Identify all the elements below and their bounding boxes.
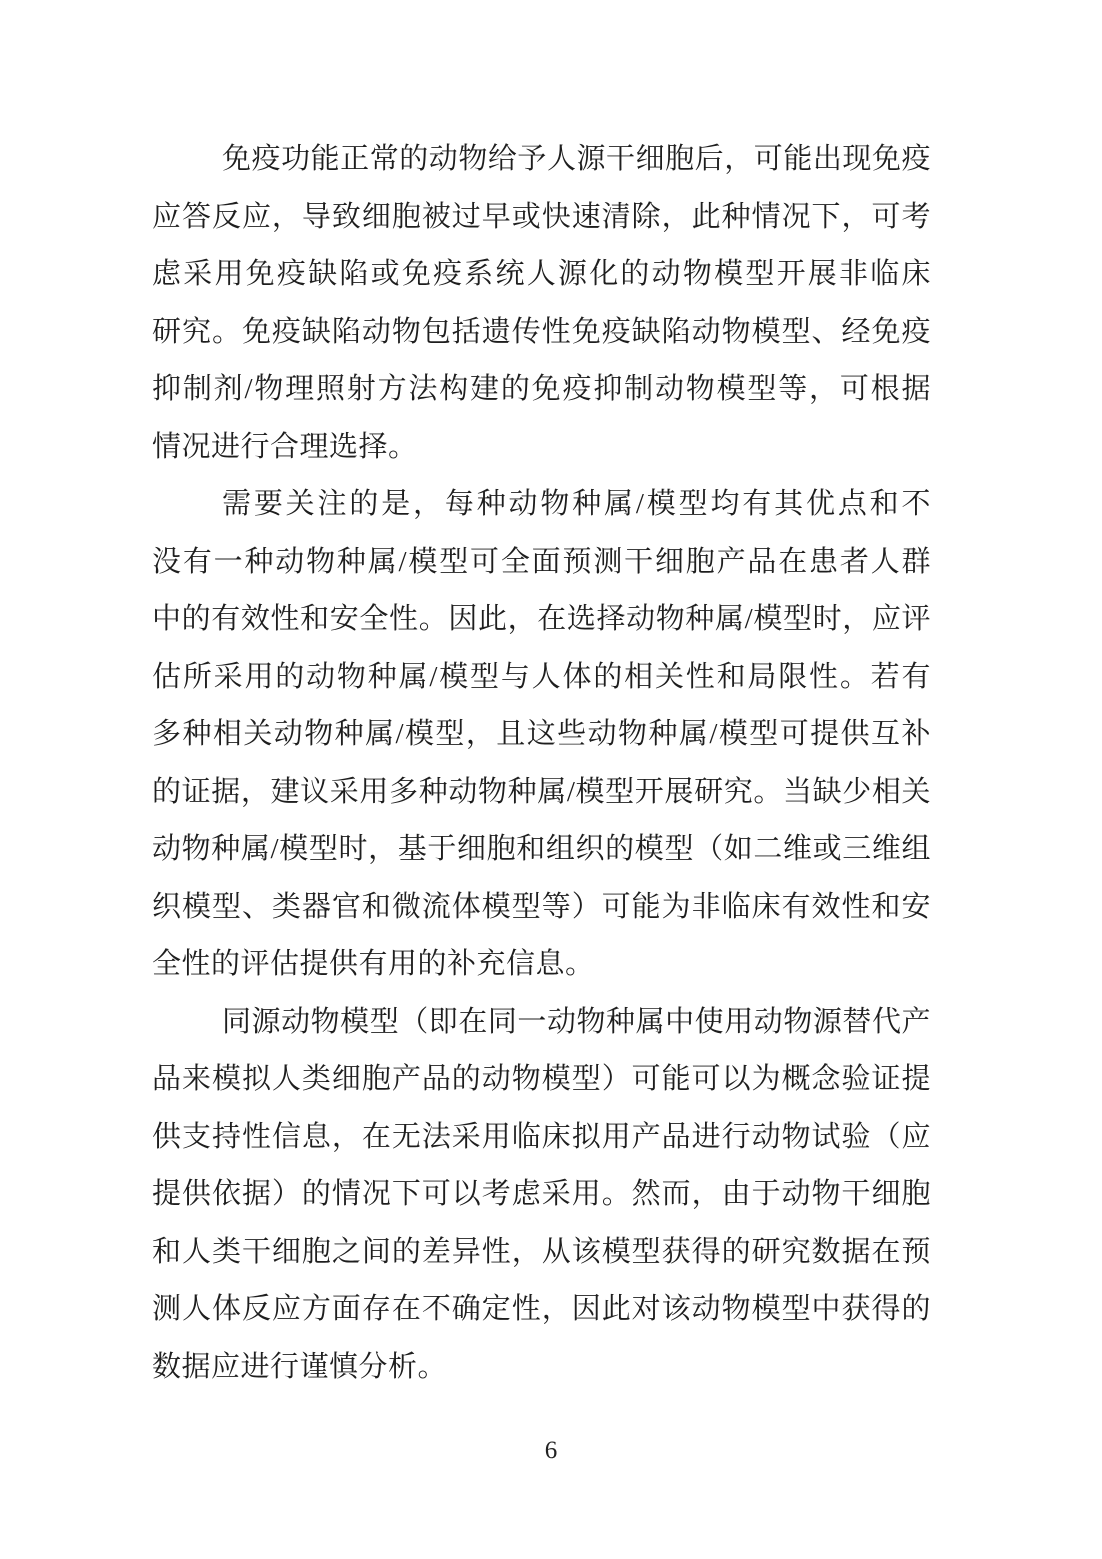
text-line: 情况进行合理选择。: [152, 419, 931, 477]
text-line: 中的有效性和安全性。因此，在选择动物种属/模型时，应评: [152, 591, 931, 649]
document-body: 免疫功能正常的动物给予人源干细胞后，可能出现免疫应答反应，导致细胞被过早或快速清…: [152, 131, 931, 1396]
page-number: 6: [545, 1437, 558, 1464]
text-line: 和人类干细胞之间的差异性，从该模型获得的研究数据在预: [152, 1224, 931, 1282]
text-line: 全性的评估提供有用的补充信息。: [152, 936, 931, 994]
text-line: 需要关注的是，每种动物种属/模型均有其优点和不足，: [152, 476, 931, 534]
text-line: 多种相关动物种属/模型，且这些动物种属/模型可提供互补: [152, 706, 931, 764]
paragraph: 同源动物模型（即在同一动物种属中使用动物源替代产品来模拟人类细胞产品的动物模型）…: [152, 994, 931, 1397]
text-line: 没有一种动物种属/模型可全面预测干细胞产品在患者人群: [152, 534, 931, 592]
text-line: 提供依据）的情况下可以考虑采用。然而，由于动物干细胞: [152, 1166, 931, 1224]
text-line: 同源动物模型（即在同一动物种属中使用动物源替代产: [152, 994, 931, 1052]
text-line: 动物种属/模型时，基于细胞和组织的模型（如二维或三维组: [152, 821, 931, 879]
page-footer: 6: [0, 1433, 1102, 1469]
text-line: 应答反应，导致细胞被过早或快速清除，此种情况下，可考: [152, 189, 931, 247]
text-line: 研究。免疫缺陷动物包括遗传性免疫缺陷动物模型、经免疫: [152, 304, 931, 362]
document-page: 免疫功能正常的动物给予人源干细胞后，可能出现免疫应答反应，导致细胞被过早或快速清…: [0, 0, 1102, 1559]
text-line: 抑制剂/物理照射方法构建的免疫抑制动物模型等，可根据: [152, 361, 931, 419]
paragraph: 免疫功能正常的动物给予人源干细胞后，可能出现免疫应答反应，导致细胞被过早或快速清…: [152, 131, 931, 476]
text-line: 测人体反应方面存在不确定性，因此对该动物模型中获得的: [152, 1281, 931, 1339]
text-line: 免疫功能正常的动物给予人源干细胞后，可能出现免疫: [152, 131, 931, 189]
text-line: 估所采用的动物种属/模型与人体的相关性和局限性。若有: [152, 649, 931, 707]
text-line: 品来模拟人类细胞产品的动物模型）可能可以为概念验证提: [152, 1051, 931, 1109]
text-line: 的证据，建议采用多种动物种属/模型开展研究。当缺少相关: [152, 764, 931, 822]
text-line: 供支持性信息，在无法采用临床拟用产品进行动物试验（应: [152, 1109, 931, 1167]
text-line: 虑采用免疫缺陷或免疫系统人源化的动物模型开展非临床: [152, 246, 931, 304]
text-line: 数据应进行谨慎分析。: [152, 1339, 931, 1397]
text-line: 织模型、类器官和微流体模型等）可能为非临床有效性和安: [152, 879, 931, 937]
paragraph: 需要关注的是，每种动物种属/模型均有其优点和不足，没有一种动物种属/模型可全面预…: [152, 476, 931, 994]
